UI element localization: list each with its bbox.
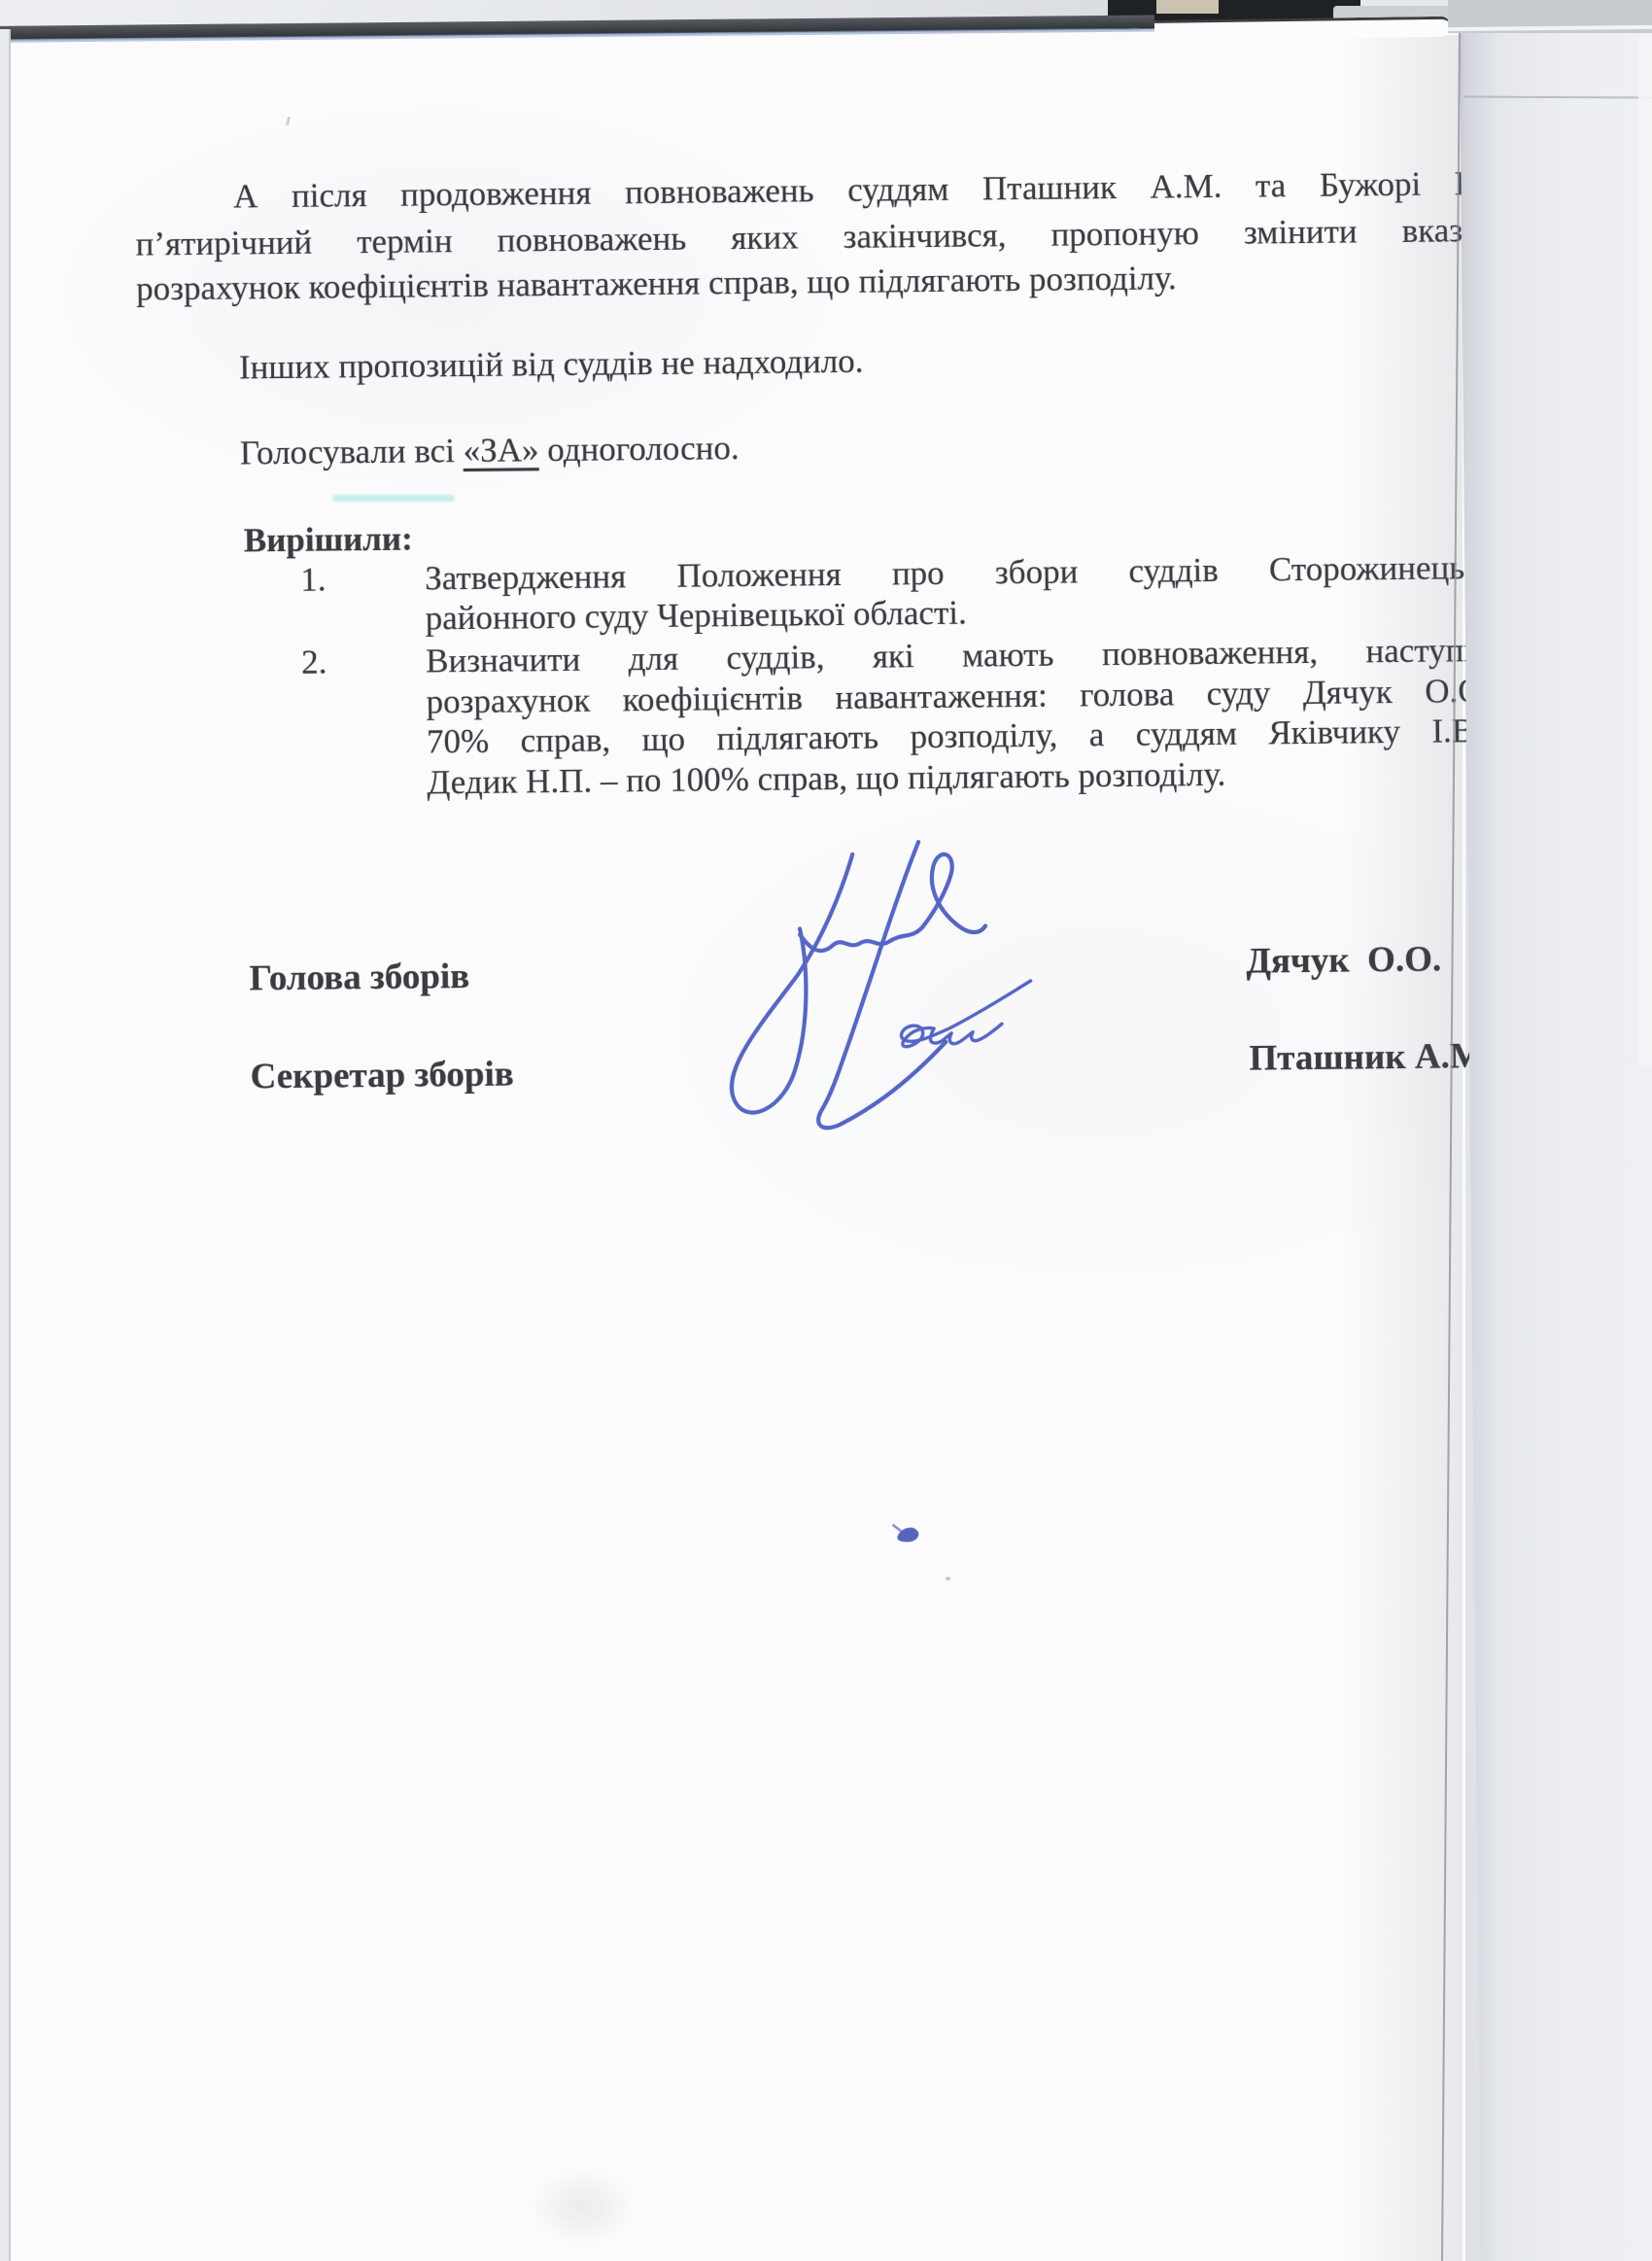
decision-number: 1.: [300, 557, 327, 604]
decided-heading: Вирішили:: [244, 516, 413, 565]
scanner-left-strip: [0, 29, 11, 2261]
vote-line: Голосували всі «ЗА» одноголосно.: [240, 425, 740, 476]
speck-artifact: [946, 1577, 950, 1581]
scanned-document-screenshot: { "document": { "language": "uk", "text_…: [0, 0, 1652, 2261]
handwritten-signature-ink: [689, 838, 1081, 1133]
faint-smudge: [530, 2168, 637, 2245]
vote-line-prefix: Голосували всі: [240, 432, 464, 471]
vote-result: «ЗА»: [463, 431, 538, 470]
decision-number: 2.: [301, 640, 327, 686]
cyan-marker-smudge: [332, 495, 455, 502]
paragraph-line: розрахунок коефіцієнтів навантаження спр…: [136, 255, 1177, 312]
chairman-role-label: Голова зборів: [249, 954, 469, 1002]
no-proposals-line: Інших пропозицій від суддів не надходило…: [239, 338, 864, 392]
underlying-page: [1454, 29, 1652, 2261]
binder-beige-block: [1156, 0, 1219, 14]
vote-line-suffix: одноголосно.: [538, 429, 740, 469]
decision-line: Дедик Н.П. – по 100% справ, що підлягают…: [427, 751, 1225, 807]
secretary-role-label: Секретар зборів: [250, 1052, 514, 1101]
ink-blot: [888, 1518, 927, 1553]
underlying-page-highlight: [1638, 35, 1652, 1065]
